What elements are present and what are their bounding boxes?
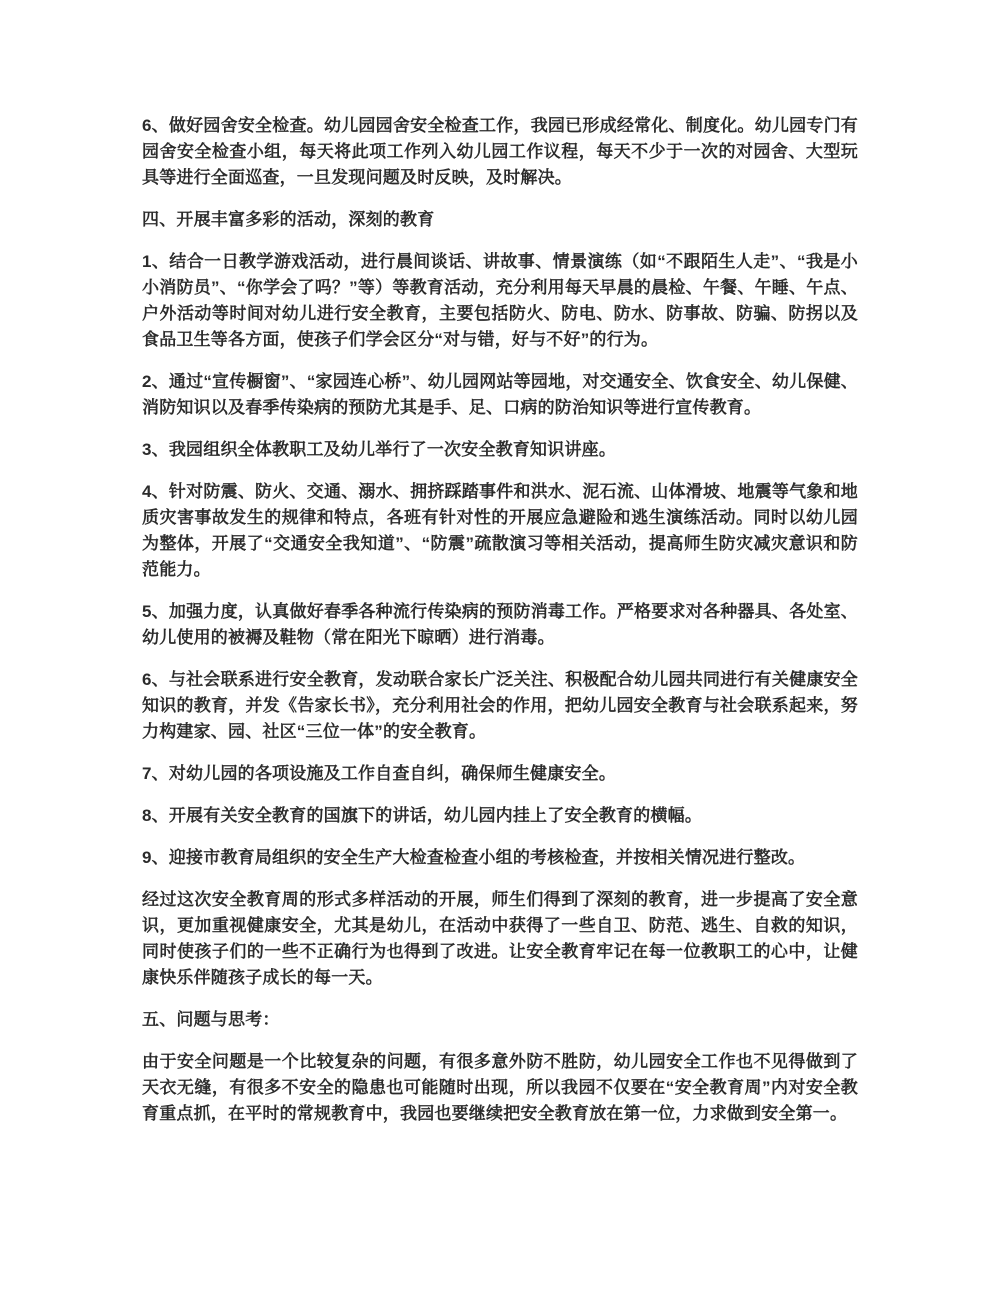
paragraph-bureau-inspection: 9、迎接市教育局组织的安全生产大检查检查小组的考核检查，并按相关情况进行整改。 [142, 845, 858, 871]
paragraph-daily-teaching: 1、结合一日教学游戏活动，进行晨间谈话、讲故事、情景演练（如“不跟陌生人走”、“… [142, 249, 858, 353]
paragraph-community: 6、与社会联系进行安全教育，发动联合家长广泛关注、积极配合幼儿园共同进行有关健康… [142, 667, 858, 745]
section-heading-activities: 四、开展丰富多彩的活动，深刻的教育 [142, 207, 858, 233]
paragraph-lecture: 3、我园组织全体教职工及幼儿举行了一次安全教育知识讲座。 [142, 437, 858, 463]
section-heading-reflection: 五、问题与思考： [142, 1007, 858, 1033]
paragraph-disinfection: 5、加强力度，认真做好春季各种流行传染病的预防消毒工作。严格要求对各种器具、各处… [142, 599, 858, 651]
paragraph-publicity: 2、通过“宣传橱窗”、“家园连心桥”、幼儿园网站等园地，对交通安全、饮食安全、幼… [142, 369, 858, 421]
paragraph-summary: 经过这次安全教育周的形式多样活动的开展，师生们得到了深刻的教育，进一步提高了安全… [142, 887, 858, 991]
paragraph-flag-speech: 8、开展有关安全教育的国旗下的讲话，幼儿园内挂上了安全教育的横幅。 [142, 803, 858, 829]
paragraph-drills: 4、针对防震、防火、交通、溺水、拥挤踩踏事件和洪水、泥石流、山体滑坡、地震等气象… [142, 479, 858, 583]
document-page: 6、做好园舍安全检查。幼儿园园舍安全检查工作，我园已形成经常化、制度化。幼儿园专… [0, 0, 1000, 1295]
paragraph-reflection: 由于安全问题是一个比较复杂的问题，有很多意外防不胜防，幼儿园安全工作也不见得做到… [142, 1049, 858, 1127]
paragraph-inspection: 6、做好园舍安全检查。幼儿园园舍安全检查工作，我园已形成经常化、制度化。幼儿园专… [142, 113, 858, 191]
paragraph-self-check: 7、对幼儿园的各项设施及工作自查自纠，确保师生健康安全。 [142, 761, 858, 787]
document-body: 6、做好园舍安全检查。幼儿园园舍安全检查工作，我园已形成经常化、制度化。幼儿园专… [142, 0, 858, 1127]
